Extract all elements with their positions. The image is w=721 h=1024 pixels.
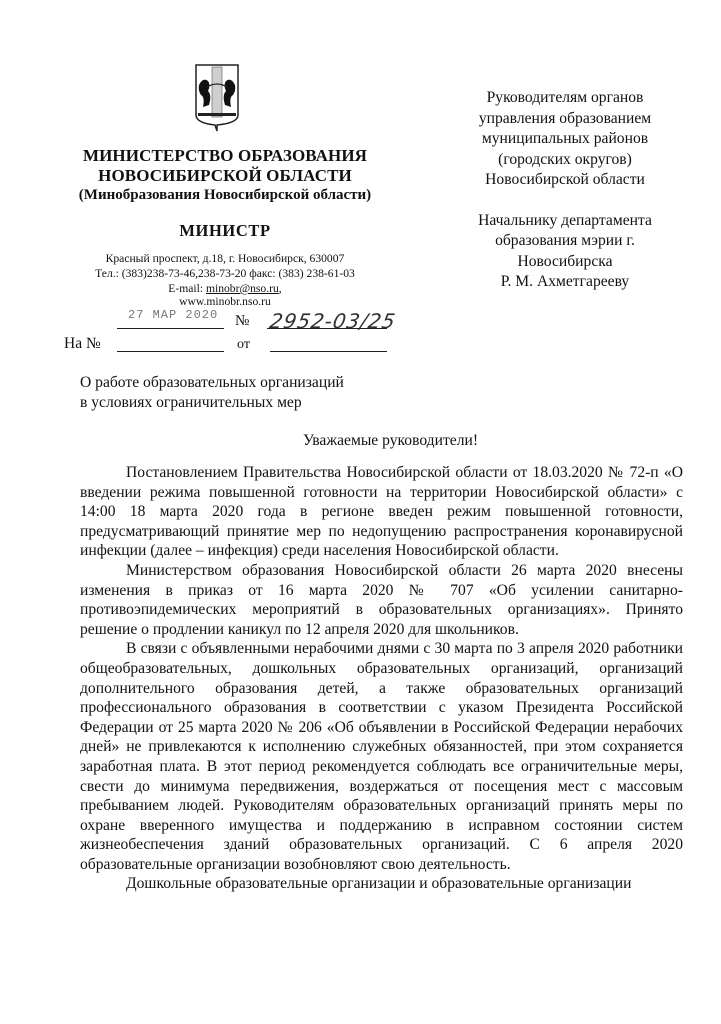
addressee-line: Новосибирска [445,252,685,273]
ministry-title: МИНИСТЕРСТВО ОБРАЗОВАНИЯ НОВОСИБИРСКОЙ О… [60,146,390,186]
letter-subject: О работе образовательных организаций в у… [80,373,344,412]
address: Красный проспект, д.18, г. Новосибирск, … [60,251,390,266]
addressee-block: Руководителям органов управления образов… [445,88,685,293]
registration-number: 2952-03/25 [268,309,398,333]
letter-body: Постановлением Правительства Новосибирск… [80,463,683,894]
paragraph: Министерством образования Новосибирской … [80,561,683,639]
addressee-line: Р. М. Ахметгарееву [445,272,685,293]
phones: Тел.: (383)238-73-46,238-73-20 факс: (38… [60,266,390,281]
reply-to-label: На № [64,335,101,353]
addressee-line: Начальнику департамента [445,211,685,232]
addressee-line: Новосибирской области [445,170,685,191]
ministry-title-line2: НОВОСИБИРСКОЙ ОБЛАСТИ [60,166,390,186]
reply-to-line [117,351,224,352]
addressee-line: (городских округов) [445,150,685,171]
date-line [117,328,224,329]
from-label: от [237,337,250,353]
paragraph: Дошкольные образовательные организации и… [80,874,683,894]
addressee-line: управления образованием [445,109,685,130]
email-suffix: , [279,282,282,295]
addressee-spacer [445,191,685,211]
registration-date-stamp: 27 МАР 2020 [128,308,218,322]
website-link[interactable]: www.minobr.nso.ru [60,294,390,309]
addressee-line: образования мэрии г. [445,231,685,252]
number-label: № [235,313,249,330]
position-title: МИНИСТР [60,221,390,241]
number-line [267,328,387,329]
addressee-line: муниципальных районов [445,129,685,150]
from-line [270,351,387,352]
salutation: Уважаемые руководители! [0,432,721,450]
subject-line1: О работе образовательных организаций [80,373,344,393]
contact-block: Красный проспект, д.18, г. Новосибирск, … [60,251,390,309]
paragraph: Постановлением Правительства Новосибирск… [80,463,683,561]
coat-of-arms-icon [193,63,241,133]
addressee-line: Руководителям органов [445,88,685,109]
ministry-title-line1: МИНИСТЕРСТВО ОБРАЗОВАНИЯ [60,146,390,166]
ministry-short-name: (Минобразования Новосибирской области) [60,186,390,204]
paragraph: В связи с объявленными нерабочими днями … [80,639,683,874]
subject-line2: в условиях ограничительных мер [80,393,344,413]
